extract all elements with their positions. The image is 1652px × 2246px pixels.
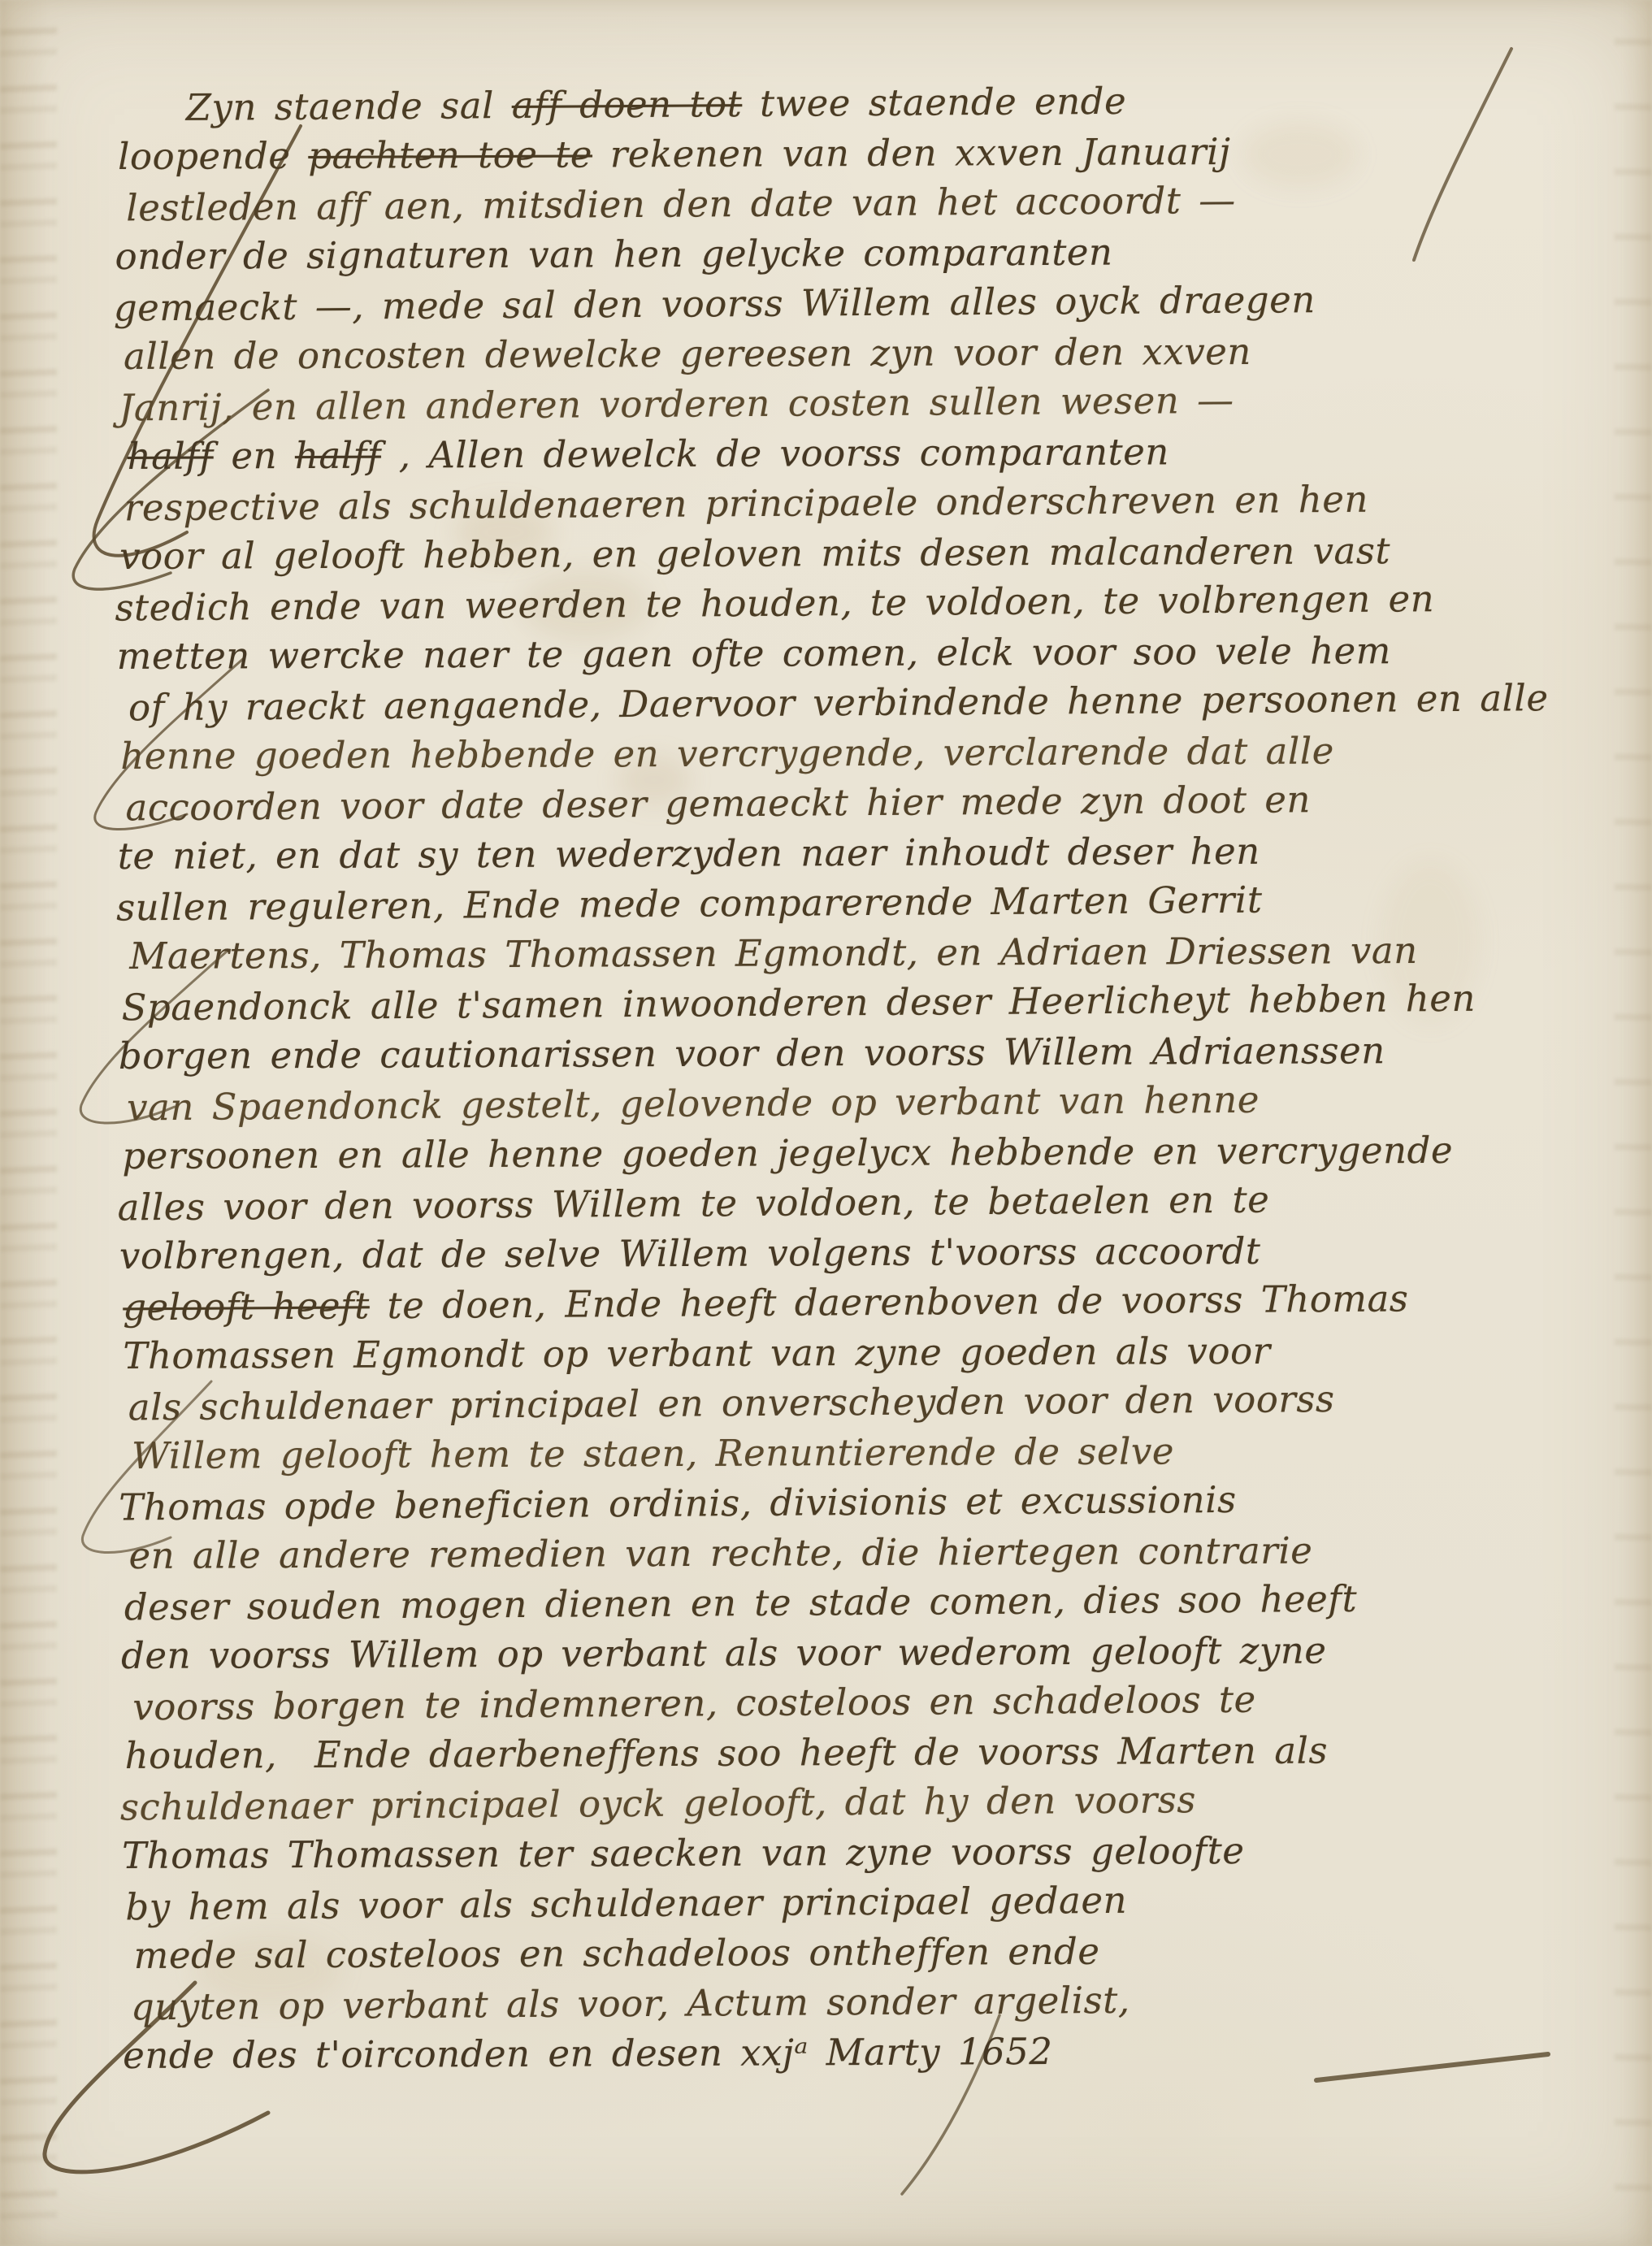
manuscript-line: Janrij, en allen anderen vorderen costen… bbox=[119, 373, 1614, 433]
manuscript-line: lestleden aff aen, mitsdien den date van… bbox=[126, 173, 1613, 233]
text-block: Zyn staende sal aff doen tot twee staend… bbox=[118, 75, 1622, 2080]
manuscript-line: sullen reguleren, Ende mede comparerende… bbox=[116, 873, 1616, 933]
manuscript-line: metten wercke naer te gaen ofte comen, e… bbox=[117, 624, 1615, 681]
manuscript-line: voorss borgen te indemneren, costeloos e… bbox=[132, 1672, 1619, 1732]
manuscript-line: accoorden voor date deser gemaeckt hier … bbox=[125, 773, 1615, 833]
manuscript-line: by hem als voor als schuldenaer principa… bbox=[125, 1872, 1620, 1932]
manuscript-line: voor al gelooft hebben, en geloven mits … bbox=[119, 524, 1615, 581]
manuscript-line: allen de oncosten dewelcke gereesen zyn … bbox=[124, 324, 1614, 381]
manuscript-line: alles voor den voorss Willem te voldoen,… bbox=[117, 1173, 1617, 1233]
manuscript-line: Maertens, Thomas Thomassen Egmondt, en A… bbox=[129, 924, 1616, 980]
manuscript-line: Willem gelooft hem te staen, Renuntieren… bbox=[132, 1424, 1619, 1480]
manuscript-line: schuldenaer principael oyck gelooft, dat… bbox=[120, 1772, 1620, 1832]
manuscript-line: halff en halff , Allen dewelck de voorss… bbox=[128, 424, 1615, 480]
manuscript-line: gelooft heeft te doen, Ende heeft daeren… bbox=[123, 1273, 1618, 1333]
manuscript-page: Zyn staende sal aff doen tot twee staend… bbox=[0, 0, 1652, 2246]
manuscript-line: te niet, en dat sy ten wederzyden naer i… bbox=[118, 824, 1616, 881]
manuscript-line: Zyn staende sal aff doen tot twee staend… bbox=[118, 73, 1613, 133]
manuscript-line: gemaeckt —, mede sal den voorss Willem a… bbox=[114, 273, 1614, 333]
manuscript-line: ende des t'oirconden en desen xxjᵃ Marty… bbox=[123, 2023, 1621, 2080]
manuscript-line: borgen ende cautionarissen voor den voor… bbox=[119, 1024, 1617, 1081]
verso-bleedthrough-left bbox=[0, 0, 57, 2246]
manuscript-line: Spaendonck alle t'samen inwoonderen dese… bbox=[121, 973, 1616, 1033]
manuscript-line: quyten op verbant als voor, Actum sonder… bbox=[131, 1972, 1621, 2032]
manuscript-line: van Spaendonck gestelt, gelovende op ver… bbox=[127, 1073, 1617, 1133]
manuscript-line: loopende pachten toe te rekenen van den … bbox=[118, 124, 1613, 181]
manuscript-line: mede sal costeloos en schadeloos ontheff… bbox=[134, 1923, 1621, 1979]
manuscript-line: en alle andere remedien van rechte, die … bbox=[128, 1524, 1619, 1580]
struck-text: gelooft heeft bbox=[123, 1284, 370, 1329]
manuscript-line: respective als schuldenaeren principaele… bbox=[124, 473, 1615, 533]
manuscript-line: Thomas Thomassen ter saecken van zyne vo… bbox=[122, 1823, 1620, 1880]
manuscript-line: den voorss Willem op verbant als voor we… bbox=[121, 1624, 1619, 1680]
manuscript-line: Thomassen Egmondt op verbant van zyne go… bbox=[123, 1324, 1618, 1381]
manuscript-line: als schuldenaer principael en onverschey… bbox=[128, 1372, 1619, 1433]
struck-text: pachten toe te bbox=[308, 132, 592, 177]
struck-text: halff bbox=[128, 434, 214, 477]
struck-text: halff bbox=[295, 433, 381, 476]
manuscript-line: deser souden mogen dienen en te stade co… bbox=[124, 1572, 1619, 1632]
manuscript-line: of hy raeckt aengaende, Daervoor verbind… bbox=[128, 673, 1615, 733]
manuscript-line: stedich ende van weerden te houden, te v… bbox=[115, 573, 1615, 633]
manuscript-line: onder de signaturen van hen gelycke comp… bbox=[115, 224, 1613, 281]
manuscript-line: Thomas opde beneficien ordinis, division… bbox=[119, 1472, 1619, 1533]
manuscript-line: henne goeden hebbende en vercrygende, ve… bbox=[120, 724, 1615, 781]
struck-text: aff doen tot bbox=[512, 82, 743, 127]
manuscript-line: volbrengen, dat de selve Willem volgens … bbox=[119, 1224, 1618, 1281]
manuscript-line: houden, Ende daerbeneffens soo heeft de … bbox=[124, 1724, 1619, 1780]
manuscript-line: persoonen en alle henne goeden jegelycx … bbox=[122, 1124, 1617, 1181]
